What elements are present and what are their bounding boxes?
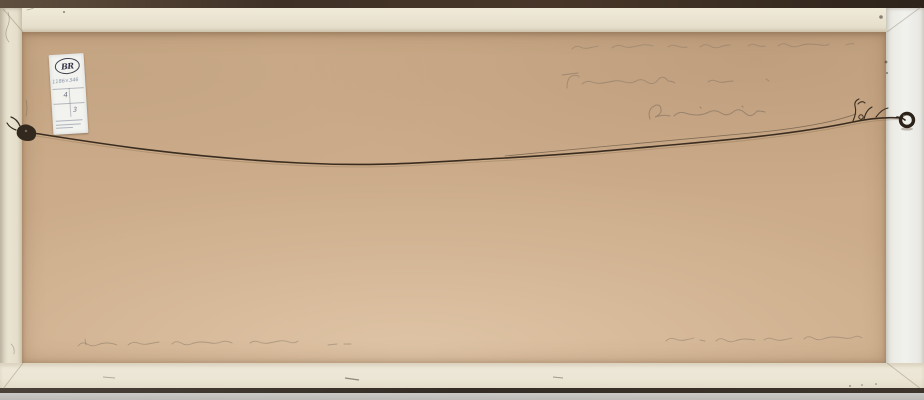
- miter-joints: [3, 7, 921, 389]
- label-handwritten-code: 1186×346: [52, 76, 84, 85]
- pencil-inscription-top-right-2: [562, 73, 769, 88]
- pencil-inscription-bottom-left: [78, 339, 351, 346]
- frame-specks: [63, 11, 888, 387]
- pencil-inscription-top-right-1: [572, 44, 854, 49]
- hanging-wire: [27, 99, 901, 167]
- label-printed-text-line: [56, 123, 81, 126]
- pencil-inscription-signature: [649, 105, 765, 119]
- decor-overlay: [0, 0, 924, 400]
- photo-of-frame-back: BR 1186×346 4 3: [0, 0, 924, 400]
- wire-ring-right: [897, 114, 914, 131]
- auction-label: BR 1186×346 4 3: [49, 53, 89, 135]
- label-monogram: BR: [60, 61, 73, 70]
- label-monogram-oval: BR: [54, 57, 80, 75]
- wire-eyelet-left: [7, 117, 36, 141]
- label-printed-text-line: [56, 127, 73, 129]
- label-row1-number: 4: [63, 92, 68, 99]
- pencil-inscription-bottom-right: [666, 336, 862, 342]
- frame-cracks: [6, 2, 42, 354]
- label-printed-text-line: [56, 119, 83, 122]
- label-row2-number: 3: [73, 107, 78, 114]
